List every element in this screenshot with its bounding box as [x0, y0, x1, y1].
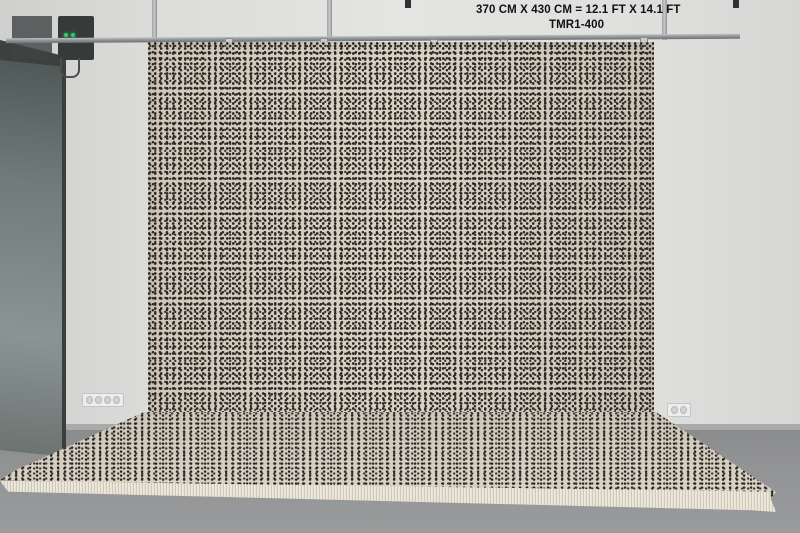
- socket-icon: [86, 396, 93, 404]
- socket-icon: [95, 396, 102, 404]
- wall-hook-icon: [405, 0, 411, 8]
- rail-upright: [152, 0, 157, 40]
- wall-socket-right: [667, 403, 691, 417]
- dimensions-caption: 370 CM X 430 CM = 12.1 FT X 14.1 FT: [476, 4, 681, 16]
- socket-icon: [113, 396, 120, 404]
- socket-icon: [671, 406, 678, 414]
- product-photo: 370 CM X 430 CM = 12.1 FT X 14.1 FT TMR1…: [0, 0, 800, 533]
- socket-icon: [680, 406, 687, 414]
- rail-upright: [327, 0, 332, 40]
- wall-socket-left: [82, 393, 124, 407]
- status-led-icon: [71, 33, 75, 37]
- product-code-caption: TMR1-400: [549, 19, 604, 31]
- rug: [148, 42, 654, 432]
- status-led-icon: [64, 33, 68, 37]
- socket-icon: [104, 396, 111, 404]
- glass-door: [0, 60, 66, 457]
- wall-hook-icon: [733, 0, 739, 8]
- cable: [60, 58, 80, 78]
